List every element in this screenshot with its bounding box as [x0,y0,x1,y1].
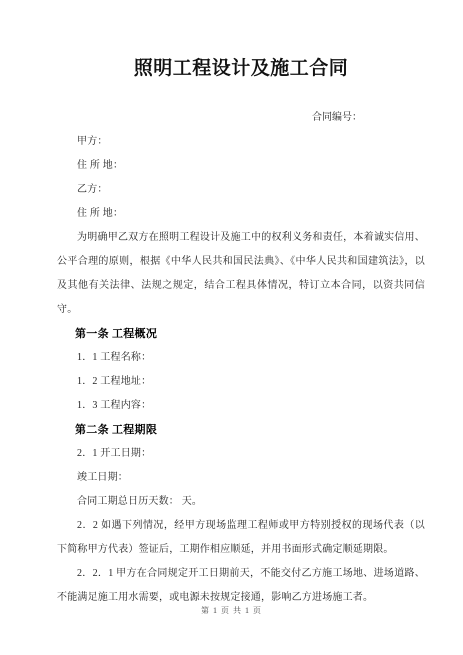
clause-2-2-extension-terms: 2．2 如遇下列情况，经甲方现场监理工程师或甲方特别授权的现场代表（以下简称甲方… [57,514,425,562]
clause-1-2-project-address: 1．2 工程地址： [57,370,425,394]
contract-document-page: 照明工程设计及施工合同 合同编号： 甲方： 住 所 地： 乙方： 住 所 地： … [0,0,463,655]
contract-number-label: 合同编号： [57,106,425,130]
page-number-footer: 第 1 页 共 1 页 [0,604,463,618]
preamble-paragraph: 为明确甲乙双方在照明工程设计及施工中的权利义务和责任，本着诚实信用、公平合理的原… [57,226,425,322]
party-a-label: 甲方： [57,130,425,154]
party-a-address-label: 住 所 地： [57,154,425,178]
clause-2-1-start-date: 2．1 开工日期： [57,442,425,466]
completion-date-label: 竣工日期： [57,466,425,490]
section-1-heading: 第一条 工程概况 [57,322,425,346]
party-b-label: 乙方： [57,178,425,202]
clause-2-2-1-site-delivery: 2．2．1 甲方在合同规定开工日期前天，不能交付乙方施工场地、进场道路、不能满足… [57,562,425,610]
page-title: 照明工程设计及施工合同 [57,55,425,83]
total-calendar-days-line: 合同工期总日历天数： 天。 [57,490,425,514]
clause-1-3-project-content: 1．3 工程内容： [57,394,425,418]
clause-1-1-project-name: 1．1 工程名称： [57,346,425,370]
section-2-heading: 第二条 工程期限 [57,418,425,442]
party-b-address-label: 住 所 地： [57,202,425,226]
